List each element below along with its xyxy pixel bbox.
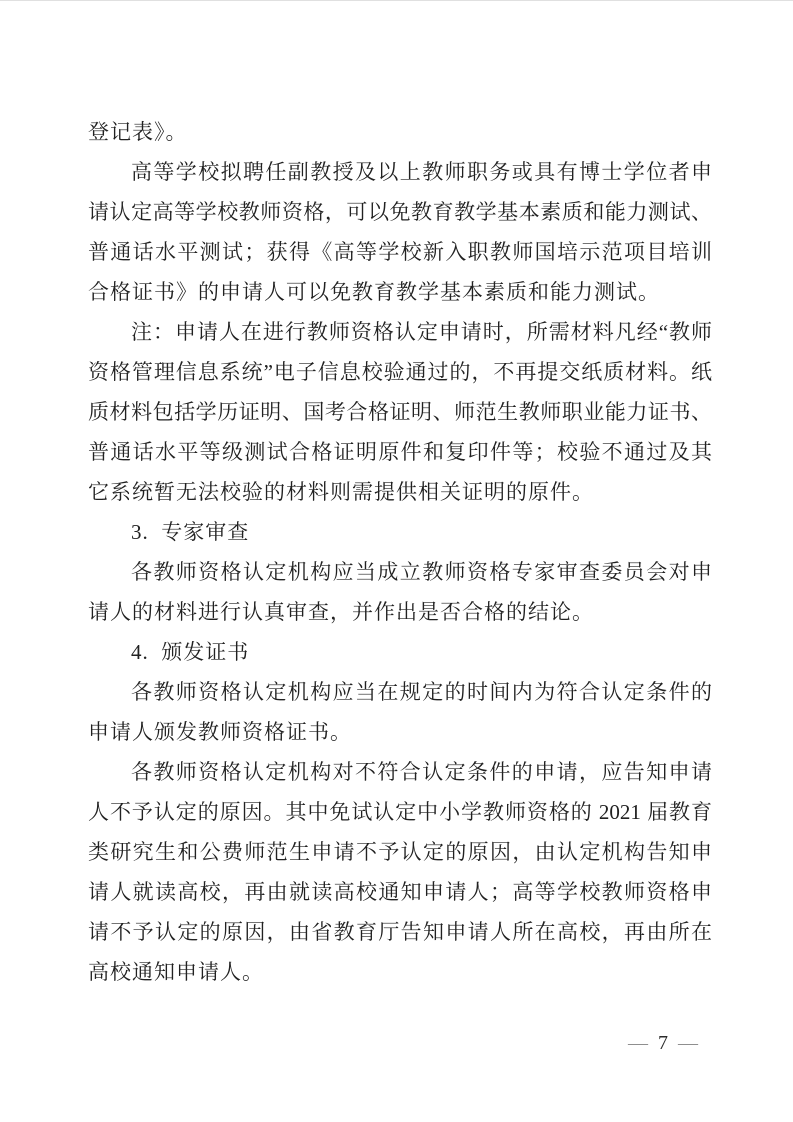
text-line: 4. 颁发证书: [88, 632, 712, 672]
text-line: 资格管理信息系统”电子信息校验通过的，不再提交纸质材料。纸: [88, 352, 712, 392]
text-line: 质材料包括学历证明、国考合格证明、师范生教师职业能力证书、: [88, 392, 712, 432]
text-line: 请人的材料进行认真审查，并作出是否合格的结论。: [88, 592, 712, 632]
page-footer: —7—: [628, 1028, 698, 1058]
text-line: 各教师资格认定机构应当在规定的时间内为符合认定条件的: [88, 672, 712, 712]
text-line: 合格证书》的申请人可以免教育教学基本素质和能力测试。: [88, 272, 712, 312]
text-line: 3. 专家审查: [88, 512, 712, 552]
text-line: 它系统暂无法校验的材料则需提供相关证明的原件。: [88, 472, 712, 512]
text-line: 请认定高等学校教师资格，可以免教育教学基本素质和能力测试、: [88, 192, 712, 232]
document-page: 登记表》。高等学校拟聘任副教授及以上教师职务或具有博士学位者申请认定高等学校教师…: [0, 0, 793, 1122]
text-line: 申请人颁发教师资格证书。: [88, 712, 712, 752]
text-line: 普通话水平测试；获得《高等学校新入职教师国培示范项目培训: [88, 232, 712, 272]
text-line: 请人就读高校，再由就读高校通知申请人；高等学校教师资格申: [88, 872, 712, 912]
text-line: 人不予认定的原因。其中免试认定中小学教师资格的 2021 届教育: [88, 792, 712, 832]
text-line: 普通话水平等级测试合格证明原件和复印件等；校验不通过及其: [88, 432, 712, 472]
text-line: 请不予认定的原因，由省教育厅告知申请人所在高校，再由所在: [88, 912, 712, 952]
text-line: 高等学校拟聘任副教授及以上教师职务或具有博士学位者申: [88, 152, 712, 192]
text-line: 类研究生和公费师范生申请不予认定的原因，由认定机构告知申: [88, 832, 712, 872]
page-number: 7: [648, 1032, 678, 1054]
text-line: 各教师资格认定机构对不符合认定条件的申请，应告知申请: [88, 752, 712, 792]
text-line: 各教师资格认定机构应当成立教师资格专家审查委员会对申: [88, 552, 712, 592]
footer-dash-right: —: [678, 1032, 698, 1054]
text-line: 登记表》。: [88, 112, 712, 152]
text-line: 高校通知申请人。: [88, 952, 712, 992]
scan-edge-line: [0, 0, 793, 1]
footer-dash-left: —: [628, 1032, 648, 1054]
text-line: 注：申请人在进行教师资格认定申请时，所需材料凡经“教师: [88, 312, 712, 352]
text-lines: 登记表》。高等学校拟聘任副教授及以上教师职务或具有博士学位者申请认定高等学校教师…: [88, 112, 712, 992]
